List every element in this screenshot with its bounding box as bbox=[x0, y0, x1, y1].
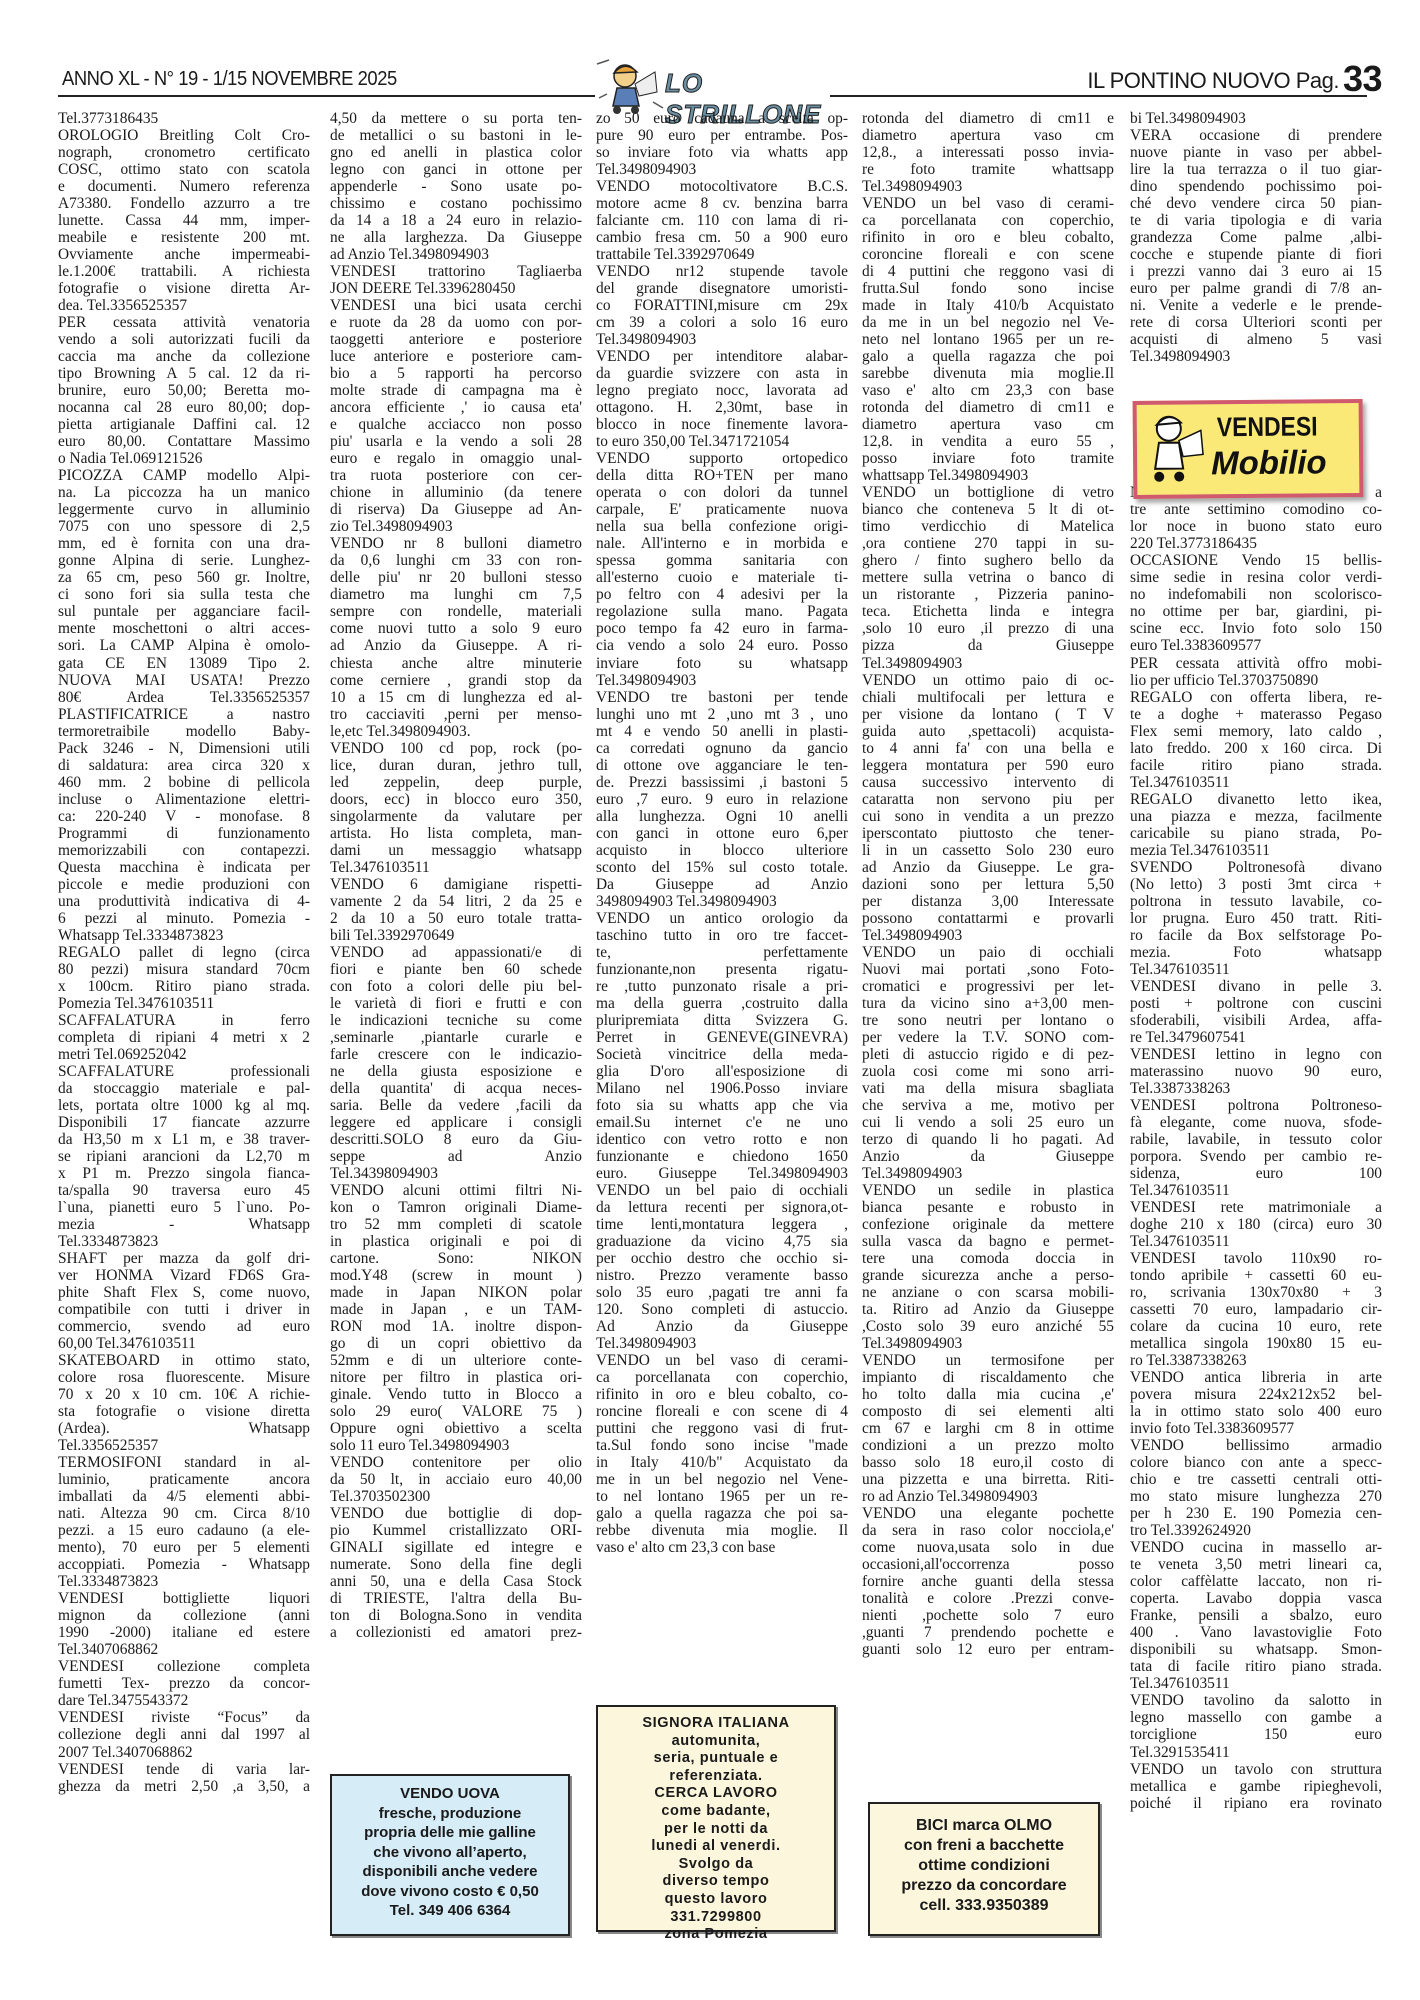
classified-ad-line: VENDO un antico orologio da bbox=[596, 910, 848, 927]
classified-ad-line: 12,8. in vendita a euro 55 , bbox=[862, 433, 1114, 450]
ad-phone: 331.7299800 bbox=[598, 1909, 834, 1927]
classified-ad-line: Tel.3773186435 bbox=[58, 110, 310, 127]
ad-line: dove vivono costo € 0,50 bbox=[332, 1882, 568, 1902]
classified-ad-line: se ripiani arancioni da L2,70 m bbox=[58, 1148, 310, 1165]
column-3: zo 50 euro cadauna a scelta op-pure 90 e… bbox=[596, 110, 848, 1556]
classified-ad-line: in plastica originali e poi di bbox=[330, 1233, 582, 1250]
classified-ad-line: vaso e' alto cm 23,3 con base bbox=[596, 1539, 848, 1556]
classified-ad-line: singolarmente da valutare per bbox=[330, 808, 582, 825]
vendesi-mobilio-banner: VENDESI Mobilio bbox=[1133, 399, 1364, 499]
classified-ad-line: 52mm e di un ulteriore conte- bbox=[330, 1352, 582, 1369]
classified-ad-line: sempre con rondelle, materiali bbox=[330, 603, 582, 620]
classified-ad-line: foto sia su whatts app che via bbox=[596, 1097, 848, 1114]
classified-ad-line: SKATEBOARD in ottimo stato, bbox=[58, 1352, 310, 1369]
classified-ad-line: numerate. Sono della fine degli bbox=[330, 1556, 582, 1573]
classified-ad-line: no indefomabili non scolorisco- bbox=[1130, 586, 1382, 603]
classified-ad-line: tro 52 mm completi di scatole bbox=[330, 1216, 582, 1233]
classified-ad-line: tra ruota posteriore con cer- bbox=[330, 467, 582, 484]
classified-ad-line: VENDO un tavolo con struttura bbox=[1130, 1761, 1382, 1778]
classified-ad-line: collezione degli anni dal 1997 al bbox=[58, 1726, 310, 1743]
classified-ad-line: ne alla larghezza. Da Giuseppe bbox=[330, 229, 582, 246]
classified-ad-line: spessa gomma sanitaria con bbox=[596, 552, 848, 569]
ad-line: prezzo da concordare bbox=[870, 1876, 1098, 1896]
classified-ad-line: euro ,7 euro. 9 euro in relazione bbox=[596, 791, 848, 808]
classified-ad-line: in Italy 410/b" Acquistato da bbox=[596, 1454, 848, 1471]
ad-line: con freni a bacchette bbox=[870, 1836, 1098, 1856]
classified-ad-line: VENDESI poltrona Poltroneso- bbox=[1130, 1097, 1382, 1114]
ad-line: disponibili anche vedere bbox=[332, 1862, 568, 1882]
classified-ad-line: torciglione 150 euro bbox=[1130, 1726, 1382, 1743]
classified-ad-line: nati. Altezza 90 cm. Circa 8/10 bbox=[58, 1505, 310, 1522]
classified-ad-line: VENDO antica libreria in arte bbox=[1130, 1369, 1382, 1386]
classified-ad-line: coroncine floreali e con scene bbox=[862, 246, 1114, 263]
classified-ad-line: phite Shaft Flex S, come nuovo, bbox=[58, 1284, 310, 1301]
classified-ad-line: imballati da 4/5 elementi abbi- bbox=[58, 1488, 310, 1505]
classified-ad-line: VENDESI tende di varia lar- bbox=[58, 1761, 310, 1778]
classified-ad-line: ma della guerra ,costruito dalla bbox=[596, 995, 848, 1012]
classified-ad-line: Tel.34398094903 bbox=[330, 1165, 582, 1182]
classified-ad-line: da guardie svizzere con asta in bbox=[596, 365, 848, 382]
classified-ad-line: so inviare foto via whatts app bbox=[596, 144, 848, 161]
classified-ad-line: commercio, svendo ad euro bbox=[58, 1318, 310, 1335]
classified-ad-line: ca porcellanata con coperchio, bbox=[862, 212, 1114, 229]
classified-ad-line: lice, duran duran, jethro tull, bbox=[330, 757, 582, 774]
classified-ad-line: le indicazioni tecniche su come bbox=[330, 1012, 582, 1029]
classified-ad-line: VENDO cucina in massello ar- bbox=[1130, 1539, 1382, 1556]
classified-ad-line: mezia Tel.3476103511 bbox=[1130, 842, 1382, 859]
classified-ad-line: disponibili su whatsapp. Smon- bbox=[1130, 1641, 1382, 1658]
classified-ad-line: VENDO alcuni ottimi filtri Ni- bbox=[330, 1182, 582, 1199]
classified-ad-line: tata di facile ritiro piano strada. bbox=[1130, 1658, 1382, 1675]
classified-ad-line: poiché il ripiano era rovinato bbox=[1130, 1795, 1382, 1812]
classified-ad-line: ta. Ritiro ad Anzio da Giuseppe bbox=[862, 1301, 1114, 1318]
classified-ad-line: di TRIESTE, l'altra della Bu- bbox=[330, 1590, 582, 1607]
classified-ad-line: leggera montatura per 590 euro bbox=[862, 757, 1114, 774]
classified-ad-line: re foto tramite whattsapp bbox=[862, 161, 1114, 178]
classified-ad-line: rotonda del diametro di cm11 e bbox=[862, 110, 1114, 127]
classified-ad-line: tro Tel.3392624920 bbox=[1130, 1522, 1382, 1539]
classified-ad-line: ton di Bologna.Sono in vendita bbox=[330, 1607, 582, 1624]
classified-ad-line: sarebbe divenuta mia moglie.Il bbox=[862, 365, 1114, 382]
classified-ad-line: za 65 cm, peso 560 gr. Inoltre, bbox=[58, 569, 310, 586]
classified-ad-line: da sera in raso color nocciola,e' bbox=[862, 1522, 1114, 1539]
classified-ad-line: rifinito in oro e bleu cobalto, bbox=[862, 229, 1114, 246]
ad-line: SIGNORA ITALIANA bbox=[598, 1715, 834, 1733]
classified-ad-line: te veneta 3,50 metri lineari ca, bbox=[1130, 1556, 1382, 1573]
classified-ad-line: facile ritiro piano strada. bbox=[1130, 757, 1382, 774]
classified-ad-line: OCCASIONE Vendo 15 bellis- bbox=[1130, 552, 1382, 569]
classified-ad-line: confezione originale da mettere bbox=[862, 1216, 1114, 1233]
classified-ad-line: to nel lontano 1965 per un re- bbox=[596, 1488, 848, 1505]
classified-ad-line: to euro 350,00 Tel.3471721054 bbox=[596, 433, 848, 450]
classified-ad-line: colare da cucina 10 euro, rete bbox=[1130, 1318, 1382, 1335]
classified-ad-line: VENDO ad appassionati/e di bbox=[330, 944, 582, 961]
classified-ad-line: ho tolto dalla mia cucina ,e' bbox=[862, 1386, 1114, 1403]
column-2: 4,50 da mettere o su porta ten-de metall… bbox=[330, 110, 582, 1641]
classified-ad-line: della ditta RO+TEN per mano bbox=[596, 467, 848, 484]
classified-ad-line: 400 . Vano lavastoviglie Foto bbox=[1130, 1624, 1382, 1641]
classified-ad-line: 12,8., a interessati posso invia- bbox=[862, 144, 1114, 161]
classified-ad-line: ad Anzio Tel.3498094903 bbox=[330, 246, 582, 263]
classified-ad-line: operata o con dolori da tunnel bbox=[596, 484, 848, 501]
classified-ad-line: descritti.SOLO 8 euro da Giu- bbox=[330, 1131, 582, 1148]
classified-ad-line: Anzio da Giuseppe bbox=[862, 1148, 1114, 1165]
classified-ad-line: SCAFFALATURA in ferro bbox=[58, 1012, 310, 1029]
classified-ad-line: cui li vendo a soli 25 euro un bbox=[862, 1114, 1114, 1131]
classified-ad-line: ta/spalla 90 traversa euro 45 bbox=[58, 1182, 310, 1199]
classified-ad-line: VENDO un sedile in plastica bbox=[862, 1182, 1114, 1199]
classified-ad-line: ne della giusta esposizione e bbox=[330, 1063, 582, 1080]
classified-ad-line: 2007 Tel.3407068862 bbox=[58, 1744, 310, 1761]
classified-ad-line: da H3,50 m x L1 m, e 38 traver- bbox=[58, 1131, 310, 1148]
classified-ad-line: da 14 a 18 a 24 euro in relazio- bbox=[330, 212, 582, 229]
classified-ad-line: TERMOSIFONI standard in al- bbox=[58, 1454, 310, 1471]
classified-ad-line: carpale, E' praticamente nuova bbox=[596, 501, 848, 518]
classified-ad-line: made in Italy 410/b Acquistato bbox=[862, 297, 1114, 314]
classified-ad-line: cassetti 70 euro, lampadario cir- bbox=[1130, 1301, 1382, 1318]
ad-line: per le notti da bbox=[598, 1821, 834, 1839]
classified-ad-line: ta.Sul fondo sono incise "made bbox=[596, 1437, 848, 1454]
classified-ad-line: VENDO tavolino da salotto in bbox=[1130, 1692, 1382, 1709]
classified-ad-line: ,Costo solo 39 euro anziché 55 bbox=[862, 1318, 1114, 1335]
classified-ad-line: e documenti. Numero referenza bbox=[58, 178, 310, 195]
classified-ad-line: gonne Alpina di serie. Lunghez- bbox=[58, 552, 310, 569]
classified-ad-line: OROLOGIO Breitling Colt Cro- bbox=[58, 127, 310, 144]
classified-ad-line: da stoccaggio materiale e pal- bbox=[58, 1080, 310, 1097]
classified-ad-line: mento), 70 euro per 5 elementi bbox=[58, 1539, 310, 1556]
classified-ad-line: VENDESI tavolo 110x90 ro- bbox=[1130, 1250, 1382, 1267]
classified-ad-line: VENDO un bel vaso di cerami- bbox=[862, 195, 1114, 212]
classified-ad-line: 1990 -2000) italiane ed estere bbox=[58, 1624, 310, 1641]
classified-ad-line: VENDO due bottiglie di dop- bbox=[330, 1505, 582, 1522]
classified-ad-line: VENDO tre bastoni per tende bbox=[596, 689, 848, 706]
classified-ad-line: galo a quella ragazza che poi bbox=[862, 348, 1114, 365]
classified-ad-line: VENDO supporto ortopedico bbox=[596, 450, 848, 467]
classified-ad-line: Pack 3246 - N, Dimensioni utili bbox=[58, 740, 310, 757]
classified-ad-line: nocanna cal 28 euro 80,00; dop- bbox=[58, 399, 310, 416]
classified-ad-line: di saldatura: area circa 320 x bbox=[58, 757, 310, 774]
classified-ad-line: euro. Giuseppe Tel.3498094903 bbox=[596, 1165, 848, 1182]
column-5: bi Tel.3498094903VERA occasione di prend… bbox=[1130, 110, 1382, 1812]
classified-ad-line: Tel.3407068862 bbox=[58, 1641, 310, 1658]
classified-ad-line: condizioni a un prezzo molto bbox=[862, 1437, 1114, 1454]
classified-ad-line: 3498094903 Tel.3498094903 bbox=[596, 893, 848, 910]
ad-line: ottime condizioni bbox=[870, 1856, 1098, 1876]
classified-ad-line: rebbe divenuta mia moglie. Il bbox=[596, 1522, 848, 1539]
classified-ad-line: legno massello con gambe a bbox=[1130, 1709, 1382, 1726]
classified-ad-line: alla lunghezza. Ogni 10 anelli bbox=[596, 808, 848, 825]
ad-line: seria, puntuale e bbox=[598, 1750, 834, 1768]
classified-ad-line: VENDESI bottigliette liquori bbox=[58, 1590, 310, 1607]
classified-ad-line: solo 29 euro( VALORE 75 ) bbox=[330, 1403, 582, 1420]
classified-ad-line: gata CE EN 13089 Tipo 2. bbox=[58, 655, 310, 672]
classified-ad-line: Tel.3498094903 bbox=[596, 672, 848, 689]
classified-ad-line: ca corredati ognuno da gancio bbox=[596, 740, 848, 757]
classified-ad-line: nuove piante in vaso per abbel- bbox=[1130, 144, 1382, 161]
classified-ad-line: per visione da lontano ( T V bbox=[862, 706, 1114, 723]
classified-ad-line: dami un messaggio whatsapp bbox=[330, 842, 582, 859]
classified-ad-line: Oppure ogni obiettivo a scelta bbox=[330, 1420, 582, 1437]
classified-ad-line: Tel.3476103511 bbox=[330, 859, 582, 876]
classified-ad-line: Tel.3498094903 bbox=[596, 161, 848, 178]
classified-ad-line: RON mod 1A. inoltre dispon- bbox=[330, 1318, 582, 1335]
classified-ad-line: sidenza, euro 100 bbox=[1130, 1165, 1382, 1182]
ad-line: Svolgo da bbox=[598, 1856, 834, 1874]
classified-ad-line: vati ma della misura sbagliata bbox=[862, 1080, 1114, 1097]
classified-ad-line: per distanza 3,00 Interessate bbox=[862, 893, 1114, 910]
classified-ad-line: neto nel lontano 1965 per un re- bbox=[862, 331, 1114, 348]
classified-ad-line: VENDESI divano in pelle 3. bbox=[1130, 978, 1382, 995]
classified-ad-line: ni. Venite a vederle e le prende- bbox=[1130, 297, 1382, 314]
classified-ad-line: solo 11 euro Tel.3498094903 bbox=[330, 1437, 582, 1454]
classified-ad-line: po feltro con 4 adesivi per la bbox=[596, 586, 848, 603]
classified-ad-line: per vedere la T.V. SONO com- bbox=[862, 1029, 1114, 1046]
classified-ad-line: mo stato misure lunghezza 270 bbox=[1130, 1488, 1382, 1505]
classified-ad-line: fotografie o visione diretta Ar- bbox=[58, 280, 310, 297]
classified-ad-line: dazioni sono per lettura 5,50 bbox=[862, 876, 1114, 893]
classified-ad-line: tondo apribile + cassetti 60 eu- bbox=[1130, 1267, 1382, 1284]
classified-ad-line: accoppiati. Pomezia - Whatsapp bbox=[58, 1556, 310, 1573]
classified-ad-line: delle piu' nr 20 bulloni stesso bbox=[330, 569, 582, 586]
classified-ad-line: Nuovi mai portati ,sono Foto- bbox=[862, 961, 1114, 978]
classified-ad-line: Questa macchina è indicata per bbox=[58, 859, 310, 876]
classified-ad-line: cocche e stupende piante di fiori bbox=[1130, 246, 1382, 263]
classified-ad-line: sulla vasca da bagno e permet- bbox=[862, 1233, 1114, 1250]
classified-ad-line: impianto di riscaldamento che bbox=[862, 1369, 1114, 1386]
classified-ad-line: anni 50, una e della Casa Stock bbox=[330, 1573, 582, 1590]
classified-ad-line: VENDO un bel vaso di cerami- bbox=[596, 1352, 848, 1369]
classified-ad-line: Whatsapp Tel.3334873823 bbox=[58, 927, 310, 944]
classified-ad-line: te, perfettamente bbox=[596, 944, 848, 961]
classified-ad-line: VENDO nr12 stupende tavole bbox=[596, 263, 848, 280]
classified-ad-line: meabile e resistente 200 mt. bbox=[58, 229, 310, 246]
classified-ad-line: possono contattarmi e provarli bbox=[862, 910, 1114, 927]
classified-ad-line: cm 39 a colori a solo 16 euro bbox=[596, 314, 848, 331]
classified-ad-line: timo verdicchio di Matelica bbox=[862, 518, 1114, 535]
classified-ad-line: e qualche acciacco non posso bbox=[330, 416, 582, 433]
classified-ad-line: VENDESI collezione completa bbox=[58, 1658, 310, 1675]
classified-ad-line: ro facile da Box selfstorage Po- bbox=[1130, 927, 1382, 944]
classified-ad-line: cm 67 e larghi cm 8 in ottime bbox=[862, 1420, 1114, 1437]
banner-subtitle: Mobilio bbox=[1211, 443, 1327, 482]
classified-ad-line: Tel.3498094903 bbox=[862, 927, 1114, 944]
classified-ad-line: color caffèlatte laccato, non ri- bbox=[1130, 1573, 1382, 1590]
classified-ad-line: te a doghe + materasso Pegaso bbox=[1130, 706, 1382, 723]
ad-line: questo lavoro bbox=[598, 1891, 834, 1909]
classified-ad-line: composto di sei elementi alti bbox=[862, 1403, 1114, 1420]
classified-ad-line: vendo a soli autorizzati fucili da bbox=[58, 331, 310, 348]
classified-ad-line: pezzi. a 15 euro cadauno (a ele- bbox=[58, 1522, 310, 1539]
classified-ad-line: diametro apertura vaso cm bbox=[862, 416, 1114, 433]
classified-ad-line: Flex semi memory, lato caldo , bbox=[1130, 723, 1382, 740]
classified-ad-line: pure 90 euro per entrambe. Pos- bbox=[596, 127, 848, 144]
classified-ad-line: no ottime per bar, giardini, pi- bbox=[1130, 603, 1382, 620]
classified-ad-line: VENDO un bel paio di occhiali bbox=[596, 1182, 848, 1199]
classified-ad-line: Tel.3334873823 bbox=[58, 1233, 310, 1250]
classified-ad-line: tre ante settimino comodino co- bbox=[1130, 501, 1382, 518]
newsboy-mascot-icon bbox=[595, 58, 665, 116]
classified-ad-line: JON DEERE Tel.3396280450 bbox=[330, 280, 582, 297]
classified-ad-line: materassino nuovo 90 euro, bbox=[1130, 1063, 1382, 1080]
classified-ad-line: guida auto ,spettacoli) acquista- bbox=[862, 723, 1114, 740]
classified-ad-line: trattabile Tel.3392970649 bbox=[596, 246, 848, 263]
classified-ad-line: ghezza da metri 2,50 ,a 3,50, a bbox=[58, 1778, 310, 1795]
ad-line: che vivono all’aperto, bbox=[332, 1843, 568, 1863]
classified-ad-line: re Tel.3479607541 bbox=[1130, 1029, 1382, 1046]
classified-ad-line: caricabile su piano strada, Po- bbox=[1130, 825, 1382, 842]
ad-line: zona Pomezia bbox=[598, 1926, 834, 1944]
classified-ad-line: saria. Belle da vedere ,facili da bbox=[330, 1097, 582, 1114]
classified-ad-line: nale. All'interno e in morbida e bbox=[596, 535, 848, 552]
classified-ad-line: VENDESI una bici usata cerchi bbox=[330, 297, 582, 314]
classified-ad-line: zio Tel.3498094903 bbox=[330, 518, 582, 535]
classified-ad-line: poltrona in tessuto lavabile, co- bbox=[1130, 893, 1382, 910]
classified-ad-line: lato freddo. 200 x 160 circa. Di bbox=[1130, 740, 1382, 757]
classified-ad-line: 80€ Ardea Tel.3356525357 bbox=[58, 689, 310, 706]
classified-ad-line: chio e tre cassetti centrali otti- bbox=[1130, 1471, 1382, 1488]
classified-ad-line: ca porcellanata con coperchio, bbox=[596, 1369, 848, 1386]
classified-ad-line: bili Tel.3392970649 bbox=[330, 927, 582, 944]
classified-ad-line: x 100cm. Ritiro piano strada. bbox=[58, 978, 310, 995]
classified-ad-line: cui sono in vendita a un prezzo bbox=[862, 808, 1114, 825]
classified-ad-line: REGALO con offerta libera, re- bbox=[1130, 689, 1382, 706]
classified-ad-line: VENDO motocoltivatore B.C.S. bbox=[596, 178, 848, 195]
classified-ad-line: Pomezia Tel.3476103511 bbox=[58, 995, 310, 1012]
classified-ad-line: incluse o Alimentazione elettri- bbox=[58, 791, 310, 808]
classified-ad-line: GINALI sigillate ed integre e bbox=[330, 1539, 582, 1556]
classified-ad-line: identico con vetro rotto e non bbox=[596, 1131, 848, 1148]
classified-ad-line: (Ardea). Whatsapp bbox=[58, 1420, 310, 1437]
classified-ad-line: 460 mm. 2 bobine di pellicola bbox=[58, 774, 310, 791]
classified-ad-line: me in un bel negozio nel Vene- bbox=[596, 1471, 848, 1488]
classified-ad-line: euro 80,00. Contattare Massimo bbox=[58, 433, 310, 450]
classified-ad-line: nitore per filtro in plastica ori- bbox=[330, 1369, 582, 1386]
classified-ad-line: Tel.3498094903 bbox=[862, 1335, 1114, 1352]
classified-ad-line: go di un copri obiettivo da bbox=[330, 1335, 582, 1352]
classified-ad-line: led zeppelin, deep purple, bbox=[330, 774, 582, 791]
classified-ad-line: nella sua bella confezione origi- bbox=[596, 518, 848, 535]
classified-ad-line: bio a 5 rapporti ha percorso bbox=[330, 365, 582, 382]
classified-ad-line: te di varia tipologia e di varia bbox=[1130, 212, 1382, 229]
ad-line: VENDO UOVA bbox=[332, 1784, 568, 1804]
classified-ad-line: iperscontato piuttosto che tener- bbox=[862, 825, 1114, 842]
classified-ad-line: con foto a colori delle piu bel- bbox=[330, 978, 582, 995]
classified-ad-line: acquisti di almeno 5 vasi bbox=[1130, 331, 1382, 348]
classified-ad-line: li in un cassetto Solo 230 euro bbox=[862, 842, 1114, 859]
classified-ad-line: frutta.Sul fondo sono incise bbox=[862, 280, 1114, 297]
classified-ad-line: COSC, ottimo stato con scatola bbox=[58, 161, 310, 178]
classified-ad-line: poco tempo fa 42 euro in farma- bbox=[596, 620, 848, 637]
classified-ad-line: gno ed anelli in plastica color bbox=[330, 144, 582, 161]
classified-ad-line: Disponibili 17 fiancate azzurre bbox=[58, 1114, 310, 1131]
classified-ad-line: VENDO nr 8 bulloni diametro bbox=[330, 535, 582, 552]
classified-ad-line: tura da vicino sino a+3,00 men- bbox=[862, 995, 1114, 1012]
classified-ad-line: mt 4 e vendo 50 anelli in plasti- bbox=[596, 723, 848, 740]
classified-ad-line: 120. Sono completi di astuccio. bbox=[596, 1301, 848, 1318]
classified-ad-line: lor noce in buono stato euro bbox=[1130, 518, 1382, 535]
classified-ad-line: 6 pezzi al minuto. Pomezia - bbox=[58, 910, 310, 927]
ad-box-bici-olmo: BICI marca OLMO con freni a bacchette ot… bbox=[868, 1802, 1100, 1936]
ad-phone: Tel. 349 406 6364 bbox=[332, 1901, 568, 1921]
classified-ad-line: metallica singola 190x80 15 eu- bbox=[1130, 1335, 1382, 1352]
classified-ad-line: made in Japan NIKON polar bbox=[330, 1284, 582, 1301]
classified-ad-line: i prezzi vanno dai 3 euro ai 15 bbox=[1130, 263, 1382, 280]
classified-ad-line: sta fotografie o visione diretta bbox=[58, 1403, 310, 1420]
classified-ad-line: farle crescere con le indicazio- bbox=[330, 1046, 582, 1063]
classified-ad-line: chiesta anche altre minuterie bbox=[330, 655, 582, 672]
ad-line: lunedi al venerdi. bbox=[598, 1838, 834, 1856]
classified-ad-line: fà elegante, come nuova, sfode- bbox=[1130, 1114, 1382, 1131]
classified-ad-line: chiali multifocali per lettura e bbox=[862, 689, 1114, 706]
classified-ad-line: motore acme 8 cv. benzina barra bbox=[596, 195, 848, 212]
banner-title: VENDESI bbox=[1217, 411, 1318, 443]
classified-ad-line: made in Japan , e un TAM- bbox=[330, 1301, 582, 1318]
classified-ad-line: che serviva a me, motivo per bbox=[862, 1097, 1114, 1114]
classified-ad-line: per occhio destro che occhio si- bbox=[596, 1250, 848, 1267]
classified-ad-line: solo 35 euro ,pagati tre anni fa bbox=[596, 1284, 848, 1301]
column-4: rotonda del diametro di cm11 ediametro a… bbox=[862, 110, 1114, 1658]
classified-ad-line: x P1 m. Prezzo singola fianca- bbox=[58, 1165, 310, 1182]
classified-ad-line: l`una, pianetti euro 5 l`uno. Po- bbox=[58, 1199, 310, 1216]
classified-ad-line: brunire, euro 50,00; Beretta mo- bbox=[58, 382, 310, 399]
classified-ad-line: VENDESI lettino in legno con bbox=[1130, 1046, 1382, 1063]
classified-ad-line: guanti solo 12 euro per entram- bbox=[862, 1641, 1114, 1658]
classified-ad-line: taschino tutto in oro tre faccet- bbox=[596, 927, 848, 944]
classified-ad-line: lunghi uno mt 2 ,uno mt 3 , uno bbox=[596, 706, 848, 723]
classified-ad-line: Tel.3476103511 bbox=[1130, 1182, 1382, 1199]
classified-ad-line: ,solo 10 euro ,il prezzo di una bbox=[862, 620, 1114, 637]
classified-ad-line: 4,50 da mettere o su porta ten- bbox=[330, 110, 582, 127]
classified-ad-line: Da Giuseppe ad Anzio bbox=[596, 876, 848, 893]
classified-ad-line: cartone. Sono: NIKON bbox=[330, 1250, 582, 1267]
classified-ad-line: Tel.3498094903 bbox=[862, 178, 1114, 195]
classified-ad-line: ro, scrivania 130x70x80 + 3 bbox=[1130, 1284, 1382, 1301]
classified-ad-line: VENDO un bottiglione di vetro bbox=[862, 484, 1114, 501]
classified-ad-line: acquisto in blocco ulteriore bbox=[596, 842, 848, 859]
classified-ad-line: artista. Ho lista completa, man- bbox=[330, 825, 582, 842]
classified-ad-line: VENDO una elegante pochette bbox=[862, 1505, 1114, 1522]
classified-ad-line: cia vendo a solo 24 euro. Posso bbox=[596, 637, 848, 654]
classified-ad-line: compatibile con tutti i driver in bbox=[58, 1301, 310, 1318]
classified-ad-line: VENDO contenitore per olio bbox=[330, 1454, 582, 1471]
classified-ad-line: appenderle - Sono usate po- bbox=[330, 178, 582, 195]
classified-ad-line: ad Anzio da Giuseppe. A ri- bbox=[330, 637, 582, 654]
classified-ad-line: metri Tel.069252042 bbox=[58, 1046, 310, 1063]
classified-ad-line: chissimo e costano pochissimo bbox=[330, 195, 582, 212]
classified-ad-line: VENDO un ottimo paio di oc- bbox=[862, 672, 1114, 689]
classified-ad-line: 7075 con uno spessore di 2,5 bbox=[58, 518, 310, 535]
classified-ad-line: Tel.3498094903 bbox=[596, 1335, 848, 1352]
classified-ad-line: tre sono neutri per lontano o bbox=[862, 1012, 1114, 1029]
classified-ad-line: una piazza e mezza, facilmente bbox=[1130, 808, 1382, 825]
classified-ad-line: bi Tel.3498094903 bbox=[1130, 110, 1382, 127]
classified-ad-line: tipo Browning A 5 cal. 12 da ri- bbox=[58, 365, 310, 382]
classified-ad-line: colore bianco con ante a specc- bbox=[1130, 1454, 1382, 1471]
classified-ad-line: rabile, lavabile, in tessuto color bbox=[1130, 1131, 1382, 1148]
classified-ad-line: funzionante e chiedono 1650 bbox=[596, 1148, 848, 1165]
ad-line: referenziata. bbox=[598, 1768, 834, 1786]
classified-ad-line: euro per palme grandi di 7/8 an- bbox=[1130, 280, 1382, 297]
classified-ad-line: del grande disegnatore umoristi- bbox=[596, 280, 848, 297]
ad-line: automunita, bbox=[598, 1733, 834, 1751]
classified-ad-line: pluripremiata ditta Svizzera G. bbox=[596, 1012, 848, 1029]
classified-ad-line: di ottone ove agganciare le ten- bbox=[596, 757, 848, 774]
classified-ad-line: caccia ma anche da collezione bbox=[58, 348, 310, 365]
classified-ad-line: terzo di quando li ho pagati. Ad bbox=[862, 1131, 1114, 1148]
classified-ad-line: piu' usarla e la vendo a soli 28 bbox=[330, 433, 582, 450]
classified-ad-line: da 0,6 lunghi cm 33 con ron- bbox=[330, 552, 582, 569]
classified-ad-line: seppe ad Anzio bbox=[330, 1148, 582, 1165]
